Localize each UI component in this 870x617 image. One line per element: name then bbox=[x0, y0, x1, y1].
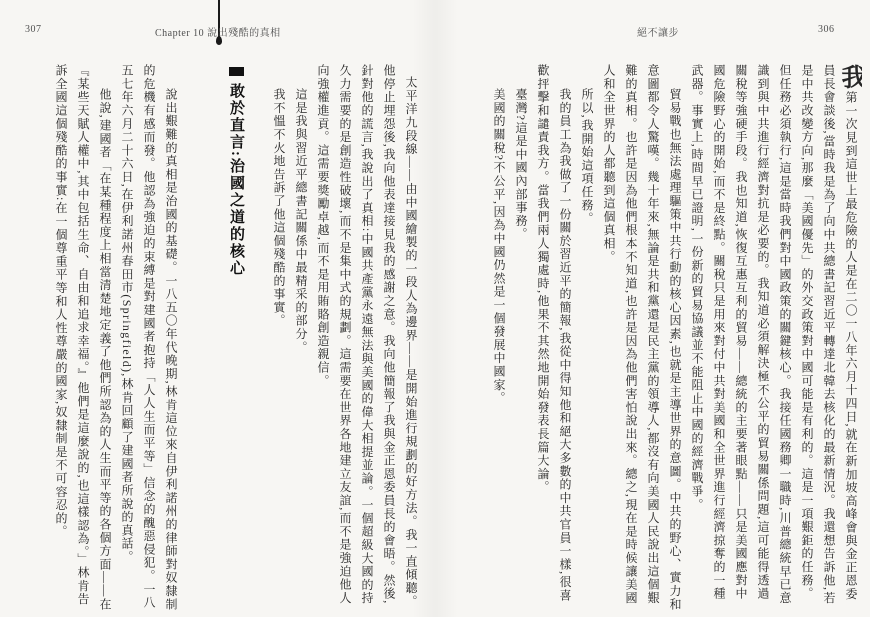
section-heading: 敢於直言:治國之道的核心 bbox=[222, 64, 250, 612]
right-page-number: 306 bbox=[818, 24, 835, 35]
book-spread: 307 Chapter 10 說出殘酷的真相 絕不讓步 306 我第一次見到這世… bbox=[0, 0, 870, 617]
page-307-text-block: 太平洋九段線——由中國繪製的一段人為邊界——是開始進行規劃的好方法。我一直傾聽。… bbox=[52, 64, 422, 612]
paragraph: 貿易戰也無法處理驅策中共行動的核心因素,也就是主導世界的意圖。中共的野心、實力和… bbox=[598, 64, 686, 612]
book-title-running-head: 絕不讓步 bbox=[637, 24, 679, 39]
chapter-running-head: Chapter 10 說出殘酷的真相 bbox=[155, 24, 281, 39]
left-page-number: 307 bbox=[25, 24, 42, 35]
section-heading-square-icon bbox=[229, 67, 244, 76]
drop-cap-character: 我 bbox=[838, 64, 862, 91]
paragraph: 說出艱難的真相是治國的基礎。一八五〇年代晚期,林肯這位來自伊利諾州的律師對奴隸制… bbox=[116, 64, 182, 612]
paragraph: 所以,我開始這項任務。 bbox=[576, 64, 598, 612]
paragraph: 他說,建國者「在某種程度上相當清楚地定義了他們所認為的人生而平等的各個方面——在… bbox=[52, 64, 116, 612]
paragraph-text: 第一次見到這世上最危險的人是在二〇一八年六月十四日,就在新加坡高峰會與金正恩委員… bbox=[690, 64, 858, 605]
section-heading-text: 敢於直言:治國之道的核心 bbox=[228, 83, 244, 277]
paragraph: 太平洋九段線——由中國繪製的一段人為邊界——是開始進行規劃的好方法。我一直傾聽。… bbox=[312, 64, 422, 612]
paragraph: 我的員工為我做了一份關於習近平的簡報,我從中得知他和絕大多數的中共官員一樣,很喜… bbox=[532, 64, 576, 612]
page-306-text-block: 我第一次見到這世上最危險的人是在二〇一八年六月十四日,就在新加坡高峰會與金正恩委… bbox=[470, 64, 862, 612]
paragraph: 美國的關稅?不公平,因為中國仍然是一個發展中國家。 bbox=[488, 64, 510, 612]
paragraph: 這是我與習近平總書記關係中最精采的部分。 bbox=[290, 64, 312, 612]
paragraph: 我第一次見到這世上最危險的人是在二〇一八年六月十四日,就在新加坡高峰會與金正恩委… bbox=[686, 64, 862, 612]
paragraph: 臺灣?這是中國內部事務。 bbox=[510, 64, 532, 612]
paragraph: 我不慍不火地告訴了他這個殘酷的事實。 bbox=[268, 64, 290, 612]
